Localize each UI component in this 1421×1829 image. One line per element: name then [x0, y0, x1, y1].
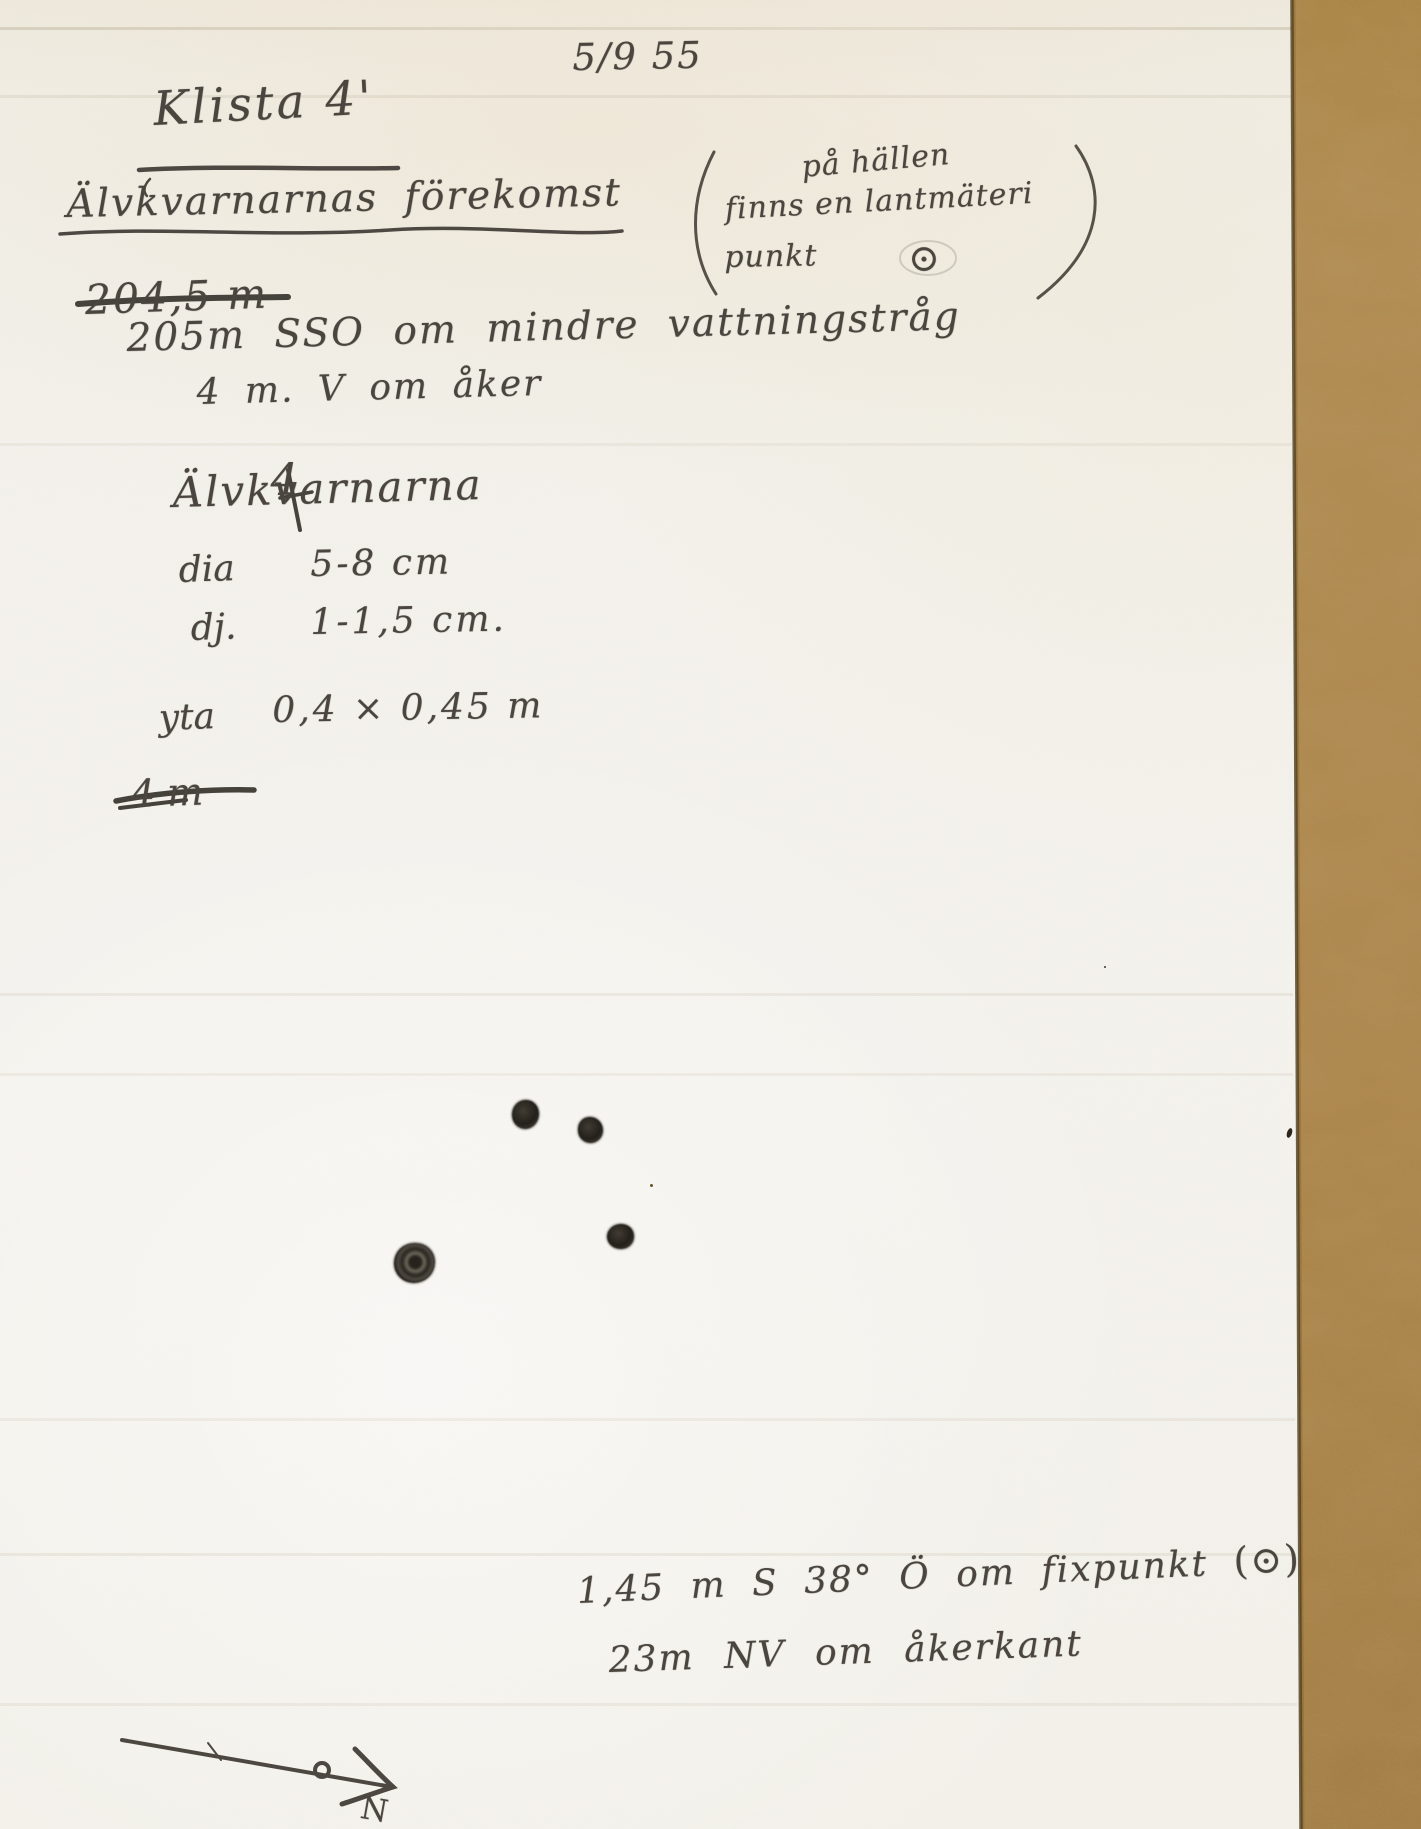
area-label: yta	[158, 696, 216, 739]
paper-speck	[650, 1184, 653, 1187]
section-heading: Älvkvarnarna	[172, 460, 483, 517]
diameter-label: dia	[178, 548, 235, 591]
survey-point-icon: ⊙	[908, 236, 940, 280]
depth-label: dj.	[190, 606, 237, 649]
date-note: 5/9 55	[572, 34, 703, 79]
margin-note-line3: punkt	[724, 238, 818, 275]
paper-speck	[1104, 966, 1106, 968]
diameter-value: 5-8 cm	[310, 542, 452, 585]
cup-mark-dot	[607, 1224, 634, 1249]
cup-mark-dot	[578, 1117, 603, 1143]
page-title: Klista 4'	[152, 70, 376, 136]
scanned-field-note-page: 5/9 55 Klista 4' Älvkvarnarnas förekomst…	[0, 0, 1421, 1829]
area-value: 0,4 × 0,45 m	[272, 685, 545, 731]
depth-value: 1-1,5 cm.	[310, 599, 507, 643]
struck-note: 4 m	[130, 769, 204, 815]
fixpoint-symbol: (⊙)	[1232, 1536, 1301, 1583]
